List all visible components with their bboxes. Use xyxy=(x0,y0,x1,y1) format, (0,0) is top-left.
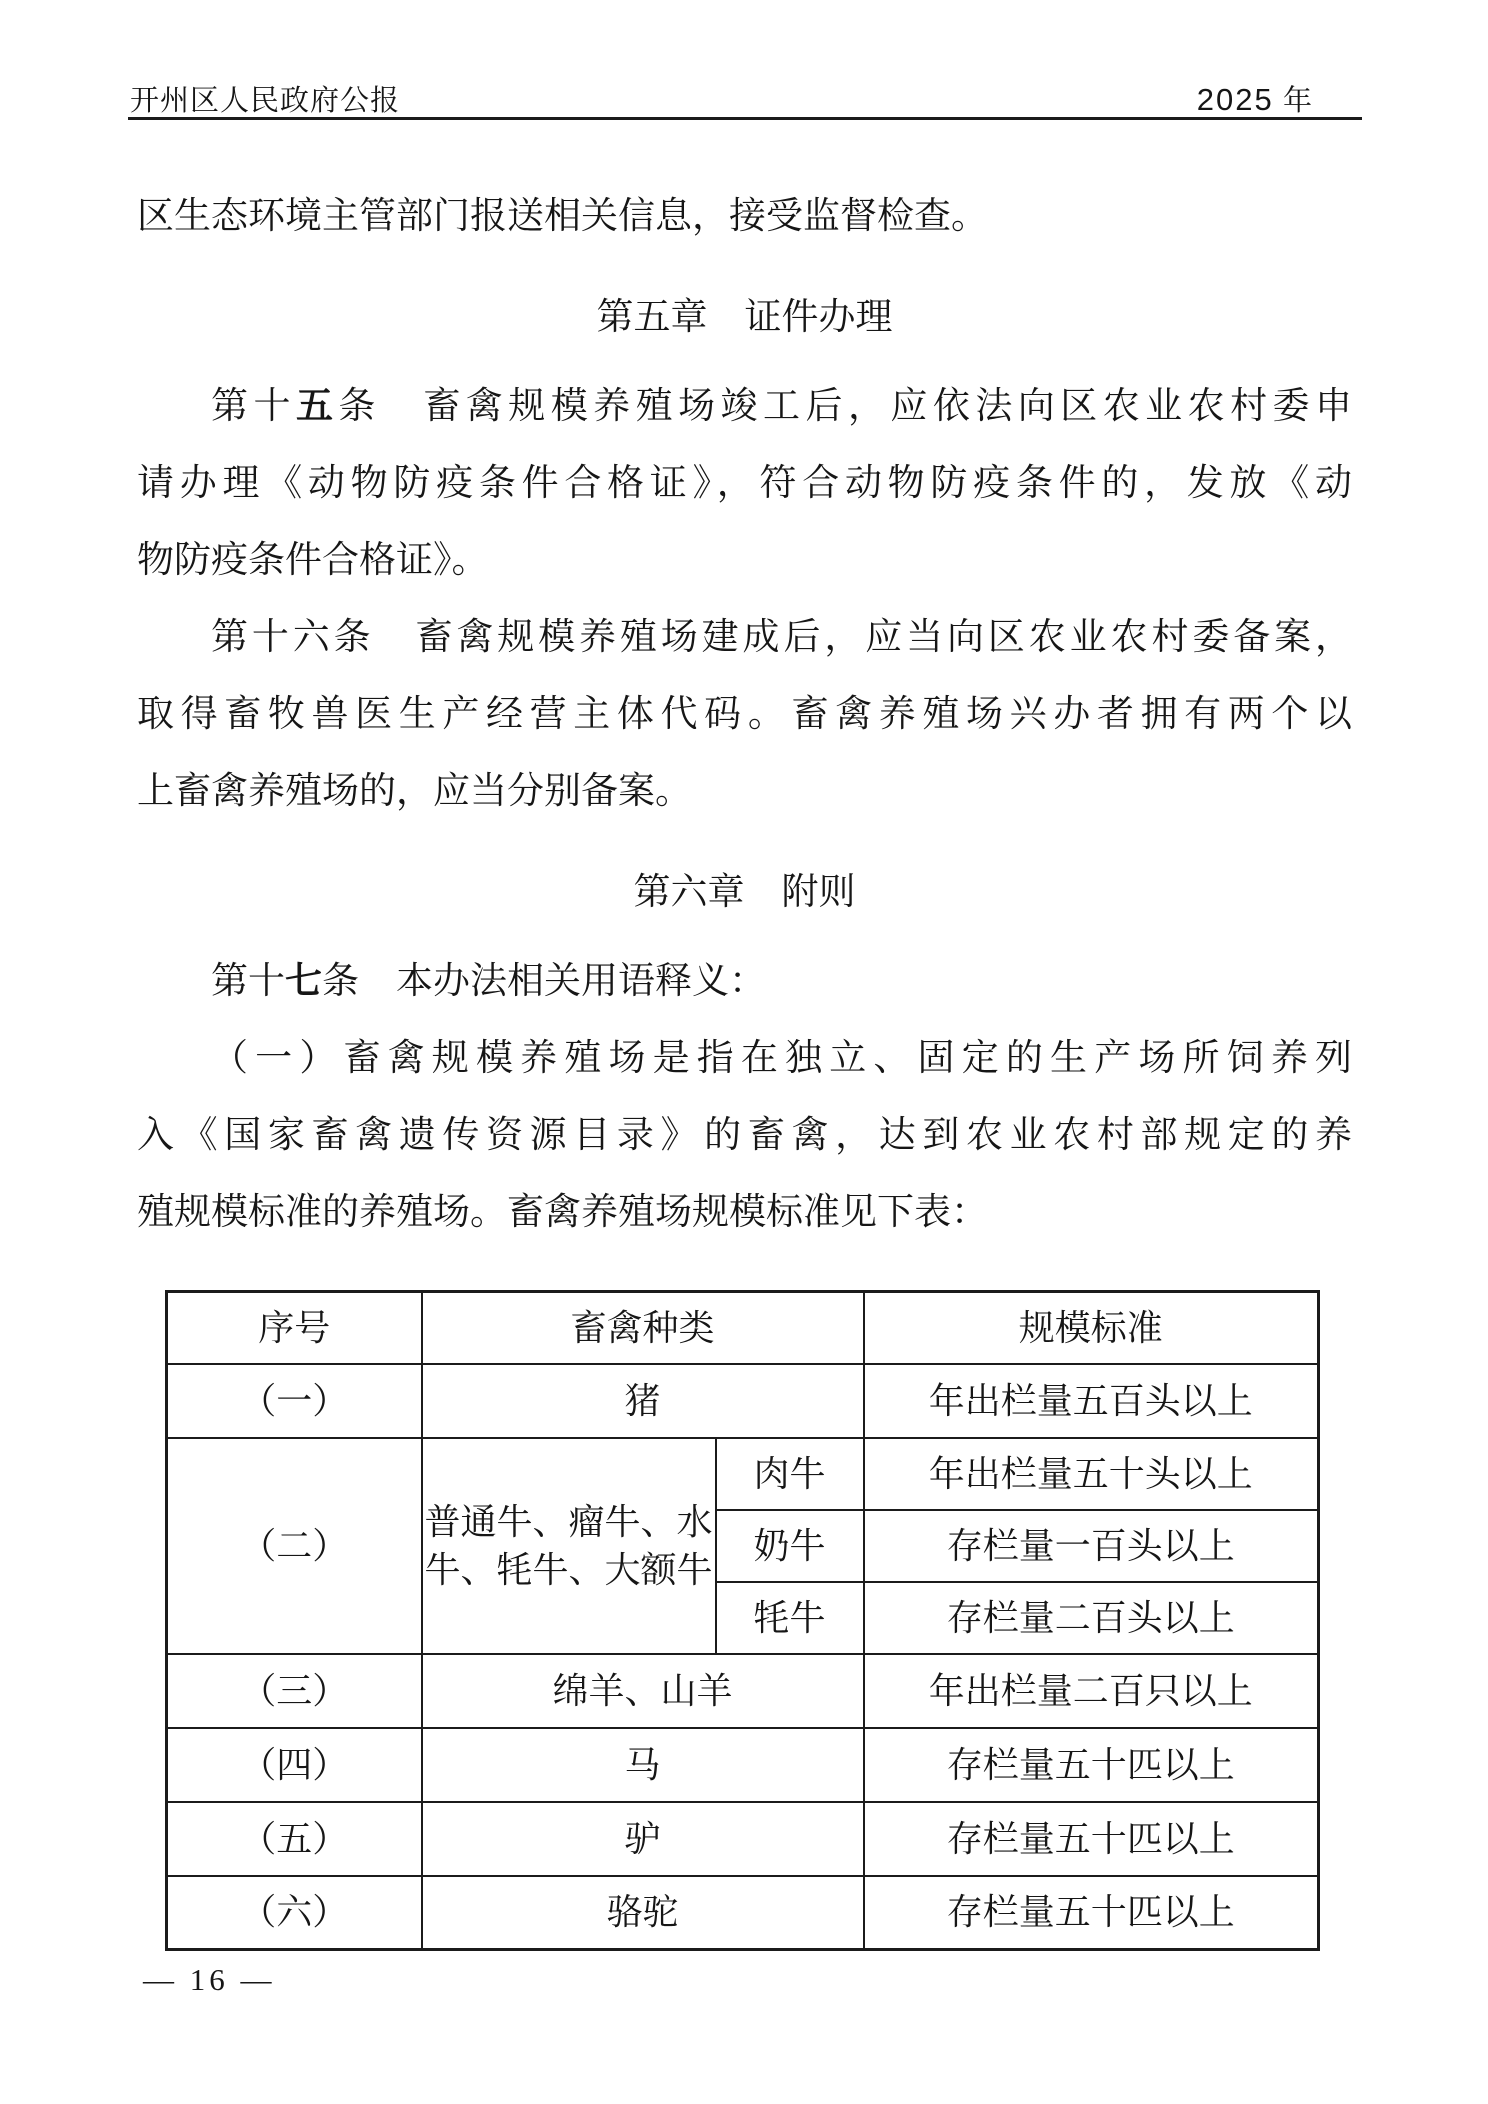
article-15-line-2: 请办理《动物防疫条件合格证》，符合动物防疫条件的，发放《动 xyxy=(137,445,1352,522)
cell-standard: 年出栏量五百头以上 xyxy=(864,1364,1319,1438)
table-row-donkey: （五） 驴 存栏量五十匹以上 xyxy=(167,1802,1319,1876)
scale-standards-table: 序号 畜禽种类 规模标准 （一） 猪 年出栏量五百头以上 （二） 普通牛、瘤牛、… xyxy=(165,1290,1320,1951)
article-15-text: 条 畜禽规模养殖场竣工后，应依法向区农业农村委申 xyxy=(338,386,1352,427)
page-header: 开州区人民政府公报 2025 年 xyxy=(130,78,1360,119)
article-16-line-1: 第十六条 畜禽规模养殖场建成后，应当向区农业农村委备案， xyxy=(137,599,1352,676)
table-row-pig: （一） 猪 年出栏量五百头以上 xyxy=(167,1364,1319,1438)
definition-item-1-line-1: （一）畜禽规模养殖场是指在独立、固定的生产场所饲养列 xyxy=(137,1020,1352,1097)
cell-standard: 存栏量五十匹以上 xyxy=(864,1876,1319,1950)
article-15-line-1: 第十五条 畜禽规模养殖场竣工后，应依法向区农业农村委申 xyxy=(137,368,1352,445)
definition-item-1-line-3: 殖规模标准的养殖场。畜禽养殖场规模标准见下表： xyxy=(137,1174,1352,1251)
article-15-line-3: 物防疫条件合格证》。 xyxy=(137,522,1352,599)
cell-standard: 存栏量五十匹以上 xyxy=(864,1802,1319,1876)
article-15: 第十五条 畜禽规模养殖场竣工后，应依法向区农业农村委申 请办理《动物防疫条件合格… xyxy=(137,368,1352,599)
chapter-6-heading: 第六章 附则 xyxy=(137,854,1352,931)
cell-standard: 存栏量五十匹以上 xyxy=(864,1728,1319,1802)
cell-serial: （一） xyxy=(167,1364,422,1438)
cell-species: 猪 xyxy=(422,1364,864,1438)
article-16: 第十六条 畜禽规模养殖场建成后，应当向区农业农村委备案， 取得畜牧兽医生产经营主… xyxy=(137,599,1352,830)
cell-standard: 存栏量一百头以上 xyxy=(864,1510,1319,1582)
cell-species: 普通牛、瘤牛、水牛、牦牛、大额牛 xyxy=(422,1438,716,1654)
gazette-page: 开州区人民政府公报 2025 年 区生态环境主管部门报送相关信息，接受监督检查。… xyxy=(0,0,1488,2104)
cell-serial: （四） xyxy=(167,1728,422,1802)
document-body: 区生态环境主管部门报送相关信息，接受监督检查。 第五章 证件办理 第十五条 畜禽… xyxy=(137,178,1352,1251)
cell-serial: （三） xyxy=(167,1654,422,1728)
paragraph-continuation: 区生态环境主管部门报送相关信息，接受监督检查。 xyxy=(137,178,1352,255)
cell-subtype: 牦牛 xyxy=(716,1582,864,1654)
header-standard: 规模标准 xyxy=(864,1292,1319,1364)
cell-species: 骆驼 xyxy=(422,1876,864,1950)
table-row-sheep: （三） 绵羊、山羊 年出栏量二百只以上 xyxy=(167,1654,1319,1728)
table-row-cattle-beef: （二） 普通牛、瘤牛、水牛、牦牛、大额牛 肉牛 年出栏量五十头以上 xyxy=(167,1438,1319,1510)
article-16-line-3: 上畜禽养殖场的，应当分别备案。 xyxy=(137,753,1352,830)
cell-subtype: 奶牛 xyxy=(716,1510,864,1582)
article-15-prefix: 第十 xyxy=(211,386,296,427)
cell-standard: 年出栏量五十头以上 xyxy=(864,1438,1319,1510)
cell-standard: 年出栏量二百只以上 xyxy=(864,1654,1319,1728)
header-rule xyxy=(128,117,1362,120)
definition-item-1-line-2: 入《国家畜禽遗传资源目录》的畜禽，达到农业农村部规定的养 xyxy=(137,1097,1352,1174)
chapter-5-heading: 第五章 证件办理 xyxy=(137,279,1352,356)
article-17-number: 七 xyxy=(285,961,322,1002)
year-suffix: 年 xyxy=(1283,85,1314,117)
article-16-line-2: 取得畜牧兽医生产经营主体代码。畜禽养殖场兴办者拥有两个以 xyxy=(137,676,1352,753)
article-17-text: 条 本办法相关用语释义： xyxy=(322,961,766,1002)
table-row-horse: （四） 马 存栏量五十匹以上 xyxy=(167,1728,1319,1802)
definition-item-1: （一）畜禽规模养殖场是指在独立、固定的生产场所饲养列 入《国家畜禽遗传资源目录》… xyxy=(137,1020,1352,1251)
page-footer: — 16 — xyxy=(143,1962,276,1998)
article-17-line: 第十七条 本办法相关用语释义： xyxy=(137,943,1352,1020)
table-row-camel: （六） 骆驼 存栏量五十匹以上 xyxy=(167,1876,1319,1950)
cell-standard: 存栏量二百头以上 xyxy=(864,1582,1319,1654)
article-15-number: 五 xyxy=(296,386,338,427)
header-serial: 序号 xyxy=(167,1292,422,1364)
gazette-year: 2025 年 xyxy=(1197,78,1360,119)
page-number: — 16 — xyxy=(143,1962,276,1997)
header-species: 畜禽种类 xyxy=(422,1292,864,1364)
cell-serial: （六） xyxy=(167,1876,422,1950)
cell-serial: （五） xyxy=(167,1802,422,1876)
table-header-row: 序号 畜禽种类 规模标准 xyxy=(167,1292,1319,1364)
gazette-title: 开州区人民政府公报 xyxy=(130,78,400,119)
cell-species: 驴 xyxy=(422,1802,864,1876)
article-17-prefix: 第十 xyxy=(211,961,285,1002)
cell-subtype: 肉牛 xyxy=(716,1438,864,1510)
cell-species: 绵羊、山羊 xyxy=(422,1654,864,1728)
year-number: 2025 xyxy=(1197,82,1274,117)
cell-serial: （二） xyxy=(167,1438,422,1654)
cell-species: 马 xyxy=(422,1728,864,1802)
